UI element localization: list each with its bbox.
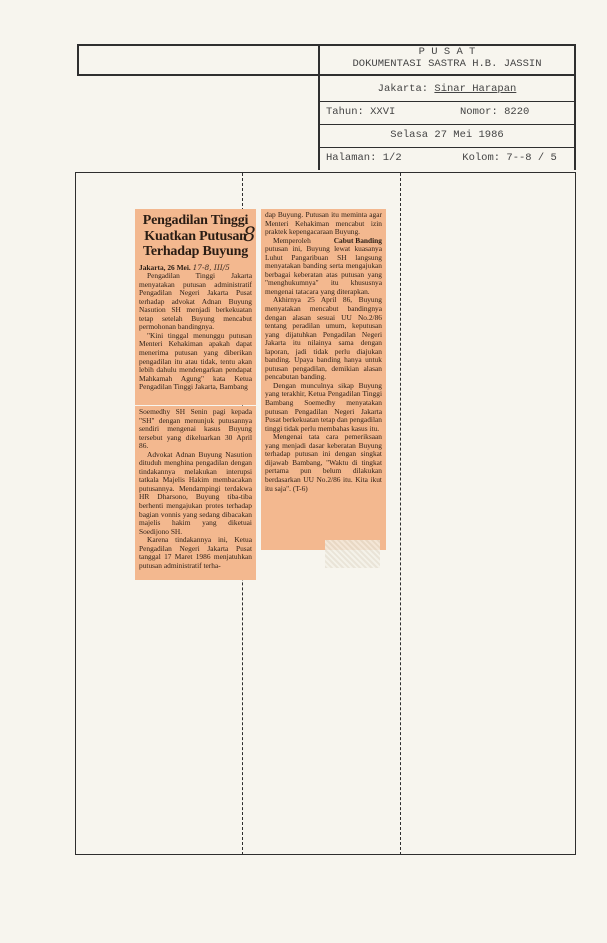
halaman-value: 1/2	[383, 152, 402, 164]
paragraph: Akhirnya 25 April 86, Buyung menyatakan …	[265, 296, 382, 381]
halaman-kolom-field: Halaman: 1/2 Kolom: 7--8 / 5	[318, 152, 576, 164]
paragraph: Soemedhy SH Senin pagi kepada "SH" denga…	[139, 408, 252, 451]
kolom-value: 7--8 / 5	[506, 152, 556, 164]
paragraph: Mengenai tata cara pemeriksaan yang menj…	[265, 433, 382, 493]
form-divider	[318, 147, 576, 148]
tahun-label: Tahun:	[326, 106, 364, 118]
column-guide-right	[400, 173, 401, 855]
clipping-column-1-top: Pengadilan Tinggi Kuatkan Putusan Terhad…	[135, 209, 256, 405]
paragraph: Dengan munculnya sikap Buyung yang terak…	[265, 382, 382, 433]
paragraph: "Kini tinggal menunggu putusan Menteri K…	[139, 332, 252, 392]
newspaper-field: Jakarta: Sinar Harapan	[318, 83, 576, 95]
kolom-label: Kolom:	[462, 152, 500, 164]
institution-line2: DOKUMENTASI SASTRA H.B. JASSIN	[318, 58, 576, 70]
tahun-nomor-field: Tahun: XXVI Nomor: 8220	[318, 106, 576, 118]
form-divider	[318, 101, 576, 102]
clipping-column-2: dap Buyung. Putusan itu meminta agar Men…	[261, 209, 386, 550]
form-divider	[318, 124, 576, 125]
paragraph: Karena tindakannya ini, Ketua Pengadilan…	[139, 536, 252, 570]
nomor-value: 8220	[504, 106, 529, 118]
faded-stamp-residue	[325, 540, 380, 568]
nomor-label: Nomor:	[460, 106, 498, 118]
article-headline: Pengadilan Tinggi Kuatkan Putusan Terhad…	[139, 213, 252, 260]
tahun-value: XXVI	[370, 106, 395, 118]
form-left-border	[77, 44, 79, 74]
newspaper-name: Sinar Harapan	[434, 83, 516, 95]
paragraph: Memperoleh putusan ini, Buyung lewat kua…	[265, 237, 382, 297]
clipping-column-1-bottom: Soemedhy SH Senin pagi kepada "SH" denga…	[135, 406, 256, 580]
halaman-label: Halaman:	[326, 152, 376, 164]
handwritten-mark: 8	[243, 222, 256, 246]
paragraph: dap Buyung. Putusan itu meminta agar Men…	[265, 211, 382, 237]
institution-line1: P U S A T	[318, 46, 576, 58]
paragraph: Pengadilan Tinggi Jakarta menyatakan put…	[139, 272, 252, 332]
date-field: Selasa 27 Mei 1986	[318, 129, 576, 141]
form-divider	[77, 74, 576, 76]
archive-page: P U S A T DOKUMENTASI SASTRA H.B. JASSIN…	[0, 0, 607, 943]
paragraph: Advokat Adnan Buyung Nasution dituduh me…	[139, 451, 252, 536]
city-label: Jakarta:	[378, 83, 428, 95]
paragraph-text: dap Buyung. Putusan itu meminta agar Men…	[265, 210, 382, 236]
